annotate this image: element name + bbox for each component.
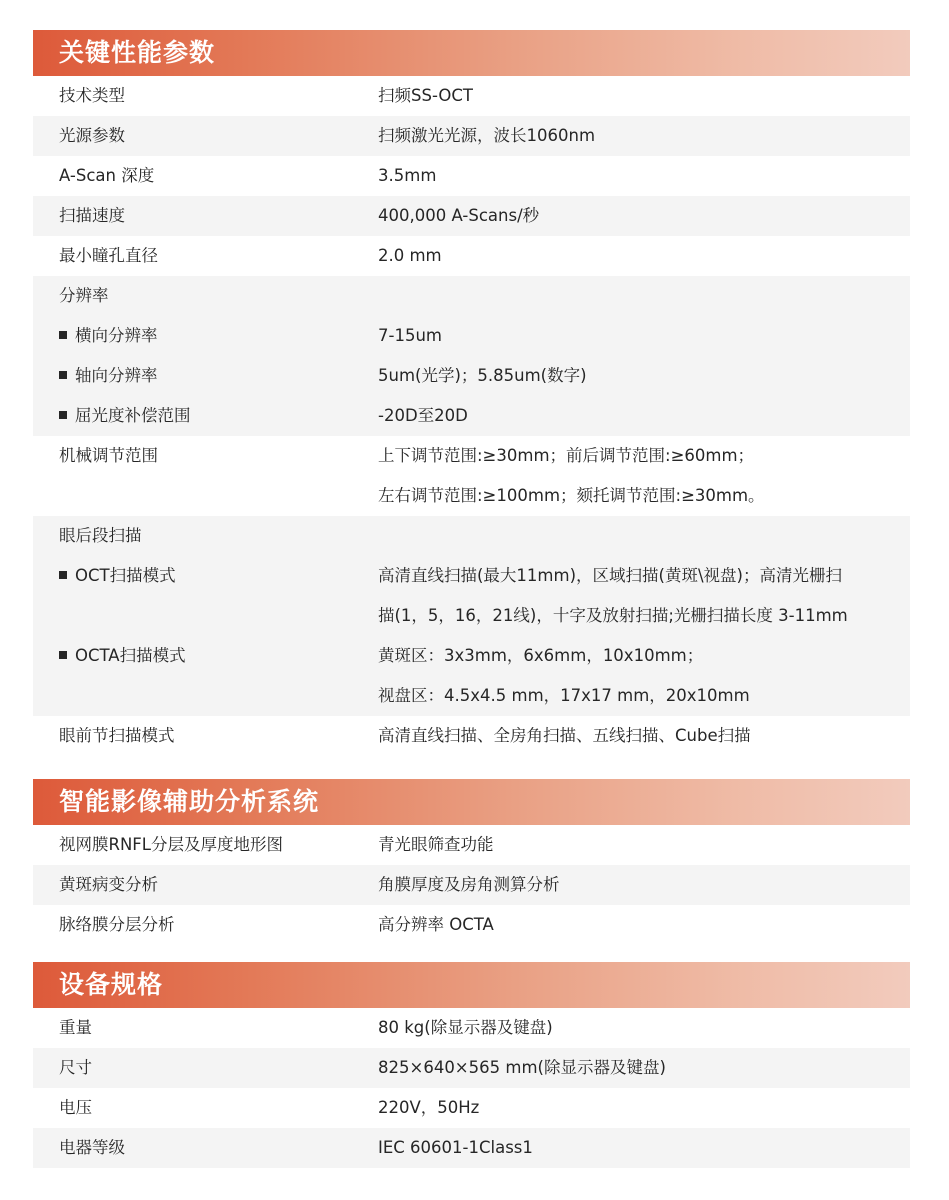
row-value: 扫频SS-OCT [353, 76, 910, 116]
row-value: IEC 60601-1Class1 [353, 1128, 910, 1168]
row-value: 220V，50Hz [353, 1088, 910, 1128]
row-value-line: 描(1，5，16，21线)，十字及放射扫描;光栅扫描长度 3-11mm [378, 596, 898, 636]
section-header-device-specs: 设备规格 [33, 962, 910, 1008]
row-label: 技术类型 [33, 76, 353, 116]
table-row: 尺寸 825×640×565 mm(除显示器及键盘) [33, 1048, 910, 1088]
row-label: 光源参数 [33, 116, 353, 156]
table-row: 屈光度补偿范围 -20D至20D [33, 396, 910, 436]
table-row: 扫描速度 400,000 A-Scans/秒 [33, 196, 910, 236]
row-value-line: 左右调节范围:≥100mm；颏托调节范围:≥30mm。 [378, 476, 898, 516]
table-row: 电压 220V，50Hz [33, 1088, 910, 1128]
image-analysis-table: 视网膜RNFL分层及厚度地形图 青光眼筛查功能 黄斑病变分析 角膜厚度及房角测算… [33, 825, 910, 945]
row-value: 825×640×565 mm(除显示器及键盘) [353, 1048, 910, 1088]
row-value: 80 kg(除显示器及键盘) [353, 1008, 910, 1048]
row-value-line: 视盘区：4.5x4.5 mm，17x17 mm，20x10mm [378, 676, 898, 716]
row-label: 电器等级 [33, 1128, 353, 1168]
group-heading-row: 分辨率 [33, 276, 910, 316]
table-row: 视网膜RNFL分层及厚度地形图 青光眼筛查功能 [33, 825, 910, 865]
posterior-scan-group: 眼后段扫描 OCT扫描模式 高清直线扫描(最大11mm)，区域扫描(黄斑\视盘)… [33, 516, 910, 716]
table-row: 黄斑病变分析 角膜厚度及房角测算分析 [33, 865, 910, 905]
table-row: 电器等级 IEC 60601-1Class1 [33, 1128, 910, 1168]
row-label: 黄斑病变分析 [33, 865, 353, 905]
row-label: 扫描速度 [33, 196, 353, 236]
section-header-image-analysis: 智能影像辅助分析系统 [33, 779, 910, 825]
row-label: OCT扫描模式 [75, 566, 176, 585]
row-value: 角膜厚度及房角测算分析 [353, 865, 910, 905]
row-label: 眼前节扫描模式 [33, 716, 353, 756]
row-value: 5um(光学)；5.85um(数字) [353, 356, 910, 396]
row-value-line: 高清直线扫描(最大11mm)，区域扫描(黄斑\视盘)；高清光栅扫 [378, 556, 898, 596]
table-row: 重量 80 kg(除显示器及键盘) [33, 1008, 910, 1048]
row-label: 尺寸 [33, 1048, 353, 1088]
row-value: 扫频激光光源，波长1060nm [353, 116, 910, 156]
table-row: OCT扫描模式 高清直线扫描(最大11mm)，区域扫描(黄斑\视盘)；高清光栅扫… [33, 556, 910, 636]
device-specs-table: 重量 80 kg(除显示器及键盘) 尺寸 825×640×565 mm(除显示器… [33, 1008, 910, 1168]
row-value-line: 黄斑区：3x3mm，6x6mm，10x10mm； [378, 636, 898, 676]
group-heading-row: 眼后段扫描 [33, 516, 910, 556]
row-label: 最小瞳孔直径 [33, 236, 353, 276]
table-row: 光源参数 扫频激光光源，波长1060nm [33, 116, 910, 156]
row-label: 轴向分辨率 [75, 366, 158, 385]
row-label: A-Scan 深度 [33, 156, 353, 196]
row-label: 重量 [33, 1008, 353, 1048]
table-row: OCTA扫描模式 黄斑区：3x3mm，6x6mm，10x10mm； 视盘区：4.… [33, 636, 910, 716]
row-label: 脉络膜分层分析 [33, 905, 353, 945]
table-row: 技术类型 扫频SS-OCT [33, 76, 910, 116]
key-performance-table: 技术类型 扫频SS-OCT 光源参数 扫频激光光源，波长1060nm A-Sca… [33, 76, 910, 756]
row-label: 电压 [33, 1088, 353, 1128]
row-value: -20D至20D [353, 396, 910, 436]
bullet-square-icon [59, 651, 67, 659]
spec-sheet: 关键性能参数 技术类型 扫频SS-OCT 光源参数 扫频激光光源，波长1060n… [33, 30, 910, 1168]
bullet-square-icon [59, 371, 67, 379]
resolution-group: 分辨率 横向分辨率 7-15um 轴向分辨率 5um(光学)；5.85um(数字… [33, 276, 910, 436]
table-row-anterior: 眼前节扫描模式 高清直线扫描、全房角扫描、五线扫描、Cube扫描 [33, 716, 910, 756]
row-value: 青光眼筛查功能 [353, 825, 910, 865]
group-label: 分辨率 [33, 276, 353, 316]
bullet-square-icon [59, 331, 67, 339]
table-row: 脉络膜分层分析 高分辨率 OCTA [33, 905, 910, 945]
row-value: 高清直线扫描、全房角扫描、五线扫描、Cube扫描 [353, 716, 910, 756]
row-label: 机械调节范围 [33, 436, 353, 516]
bullet-square-icon [59, 411, 67, 419]
table-row: A-Scan 深度 3.5mm [33, 156, 910, 196]
row-label: OCTA扫描模式 [75, 646, 186, 665]
table-row: 横向分辨率 7-15um [33, 316, 910, 356]
bullet-square-icon [59, 571, 67, 579]
group-label: 眼后段扫描 [33, 516, 353, 556]
row-label: 视网膜RNFL分层及厚度地形图 [33, 825, 353, 865]
row-value: 3.5mm [353, 156, 910, 196]
row-label: 屈光度补偿范围 [75, 406, 191, 425]
row-value: 高分辨率 OCTA [353, 905, 910, 945]
table-row-mechanical: 机械调节范围 上下调节范围:≥30mm；前后调节范围:≥60mm； 左右调节范围… [33, 436, 910, 516]
row-value: 400,000 A-Scans/秒 [353, 196, 910, 236]
row-label: 横向分辨率 [75, 326, 158, 345]
table-row: 最小瞳孔直径 2.0 mm [33, 236, 910, 276]
row-value-line: 上下调节范围:≥30mm；前后调节范围:≥60mm； [378, 436, 898, 476]
row-value: 7-15um [353, 316, 910, 356]
row-value: 2.0 mm [353, 236, 910, 276]
section-header-key-performance: 关键性能参数 [33, 30, 910, 76]
table-row: 轴向分辨率 5um(光学)；5.85um(数字) [33, 356, 910, 396]
